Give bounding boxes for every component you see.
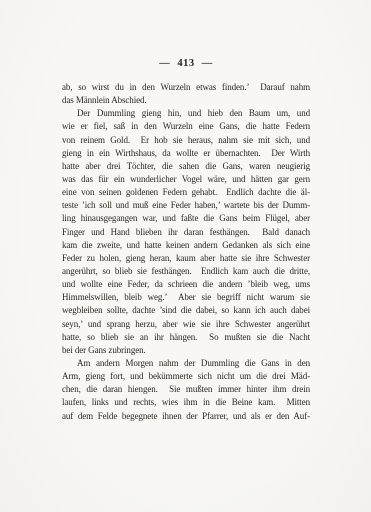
text-line: Am andern Morgen nahm der Dummling die G… <box>62 357 310 370</box>
text-line: kam die zweite, und hatte keinen andern … <box>62 239 310 252</box>
book-page: — 413 — ab, so wirst du in den Wurzeln e… <box>0 0 371 512</box>
text-line: chen, die daran hiengen. Sie mußten imme… <box>62 383 310 396</box>
text-line: teste ’ich soll und muß eine Feder haben… <box>62 199 310 212</box>
page-number: — 413 — <box>62 58 310 69</box>
text-line: ling hinausgegangen war, und faßte die G… <box>62 212 310 225</box>
text-line: Finger und Hand blieben ihr daran festhä… <box>62 226 310 239</box>
text-line: und wollte eine Feder, da schrieen die a… <box>62 278 310 291</box>
text-line: eine von seinen goldenen Federn gehabt. … <box>62 186 310 199</box>
text-line: Der Dummling gieng hin, und hieb den Bau… <box>62 107 310 120</box>
text-line: angerührt, so blieb sie festhängen. Endl… <box>62 265 310 278</box>
text-line: Feder zu holen, gieng heran, kaum aber h… <box>62 252 310 265</box>
text-line: das Männlein Abschied. <box>62 94 310 107</box>
page-text: ab, so wirst du in den Wurzeln etwas fin… <box>62 81 310 423</box>
text-line: seyn,’ und sprang herzu, aber wie sie ih… <box>62 318 310 331</box>
text-line: bei der Gans zubringen. <box>62 344 310 357</box>
text-line: auf dem Felde begegnete ihnen der Pfarre… <box>62 410 310 423</box>
text-line: was das für ein wunderlicher Vogel wäre,… <box>62 173 310 186</box>
text-line: gieng in ein Wirthshaus, da wollte er üb… <box>62 147 310 160</box>
text-line: hatte aber drei Töchter, die sahen die G… <box>62 160 310 173</box>
text-line: von reinem Gold. Er hob sie heraus, nahm… <box>62 134 310 147</box>
text-line: Himmelswillen, bleib weg.’ Aber sie begr… <box>62 291 310 304</box>
text-line: hatte, so blieb sie an ihr hängen. So mu… <box>62 331 310 344</box>
text-line: Arm, gieng fort, und bekümmerte sich nic… <box>62 370 310 383</box>
text-line: wegbleiben sollte, dachte ’sind die dabe… <box>62 304 310 317</box>
text-line: laufen, links und rechts, wies ihm in di… <box>62 396 310 409</box>
text-line: ab, so wirst du in den Wurzeln etwas fin… <box>62 81 310 94</box>
text-line: wie er fiel, saß in den Wurzeln eine Gan… <box>62 120 310 133</box>
